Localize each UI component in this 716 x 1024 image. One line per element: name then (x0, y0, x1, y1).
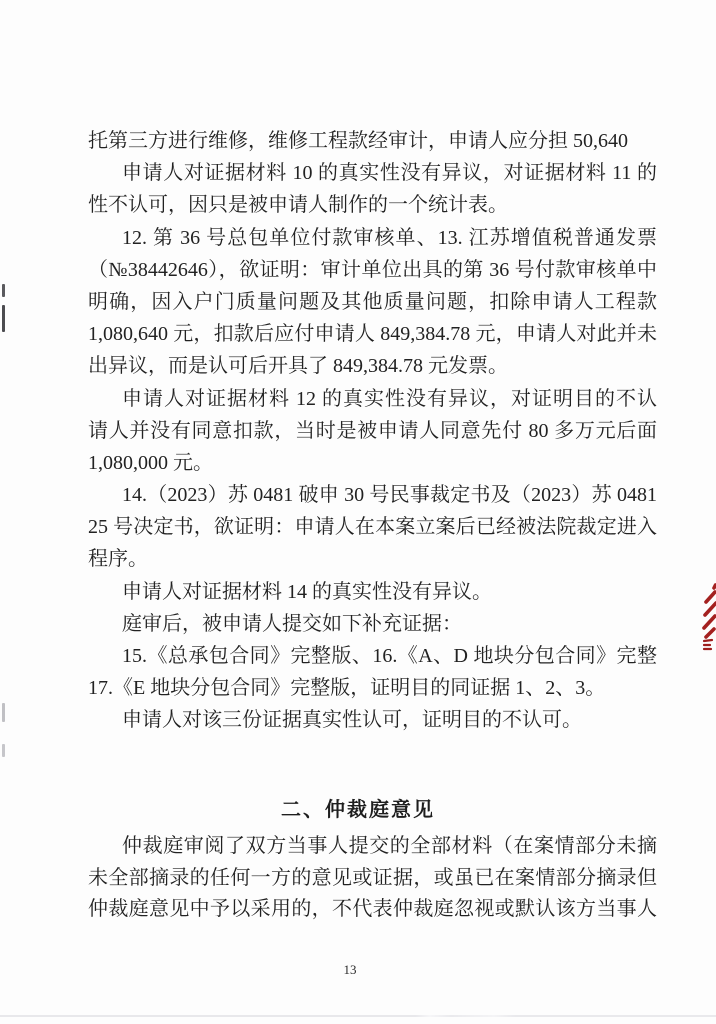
text-line: 申请人对证据材料 12 的真实性没有异议，对证明目的不认可。申 (88, 383, 657, 415)
text-line: （№38442646），欲证明：审计单位出具的第 36 号付款审核单中已经 (88, 254, 657, 286)
text-line: 仲裁庭审阅了双方当事人提交的全部材料（在案情部分未摘录或 (88, 831, 657, 863)
text-line: 托第三方进行维修，维修工程款经审计，申请人应分担 50,640 元。 (88, 125, 657, 157)
text-line: 请人并没有同意扣款，当时是被申请人同意先付 80 多万元后面再付 (88, 415, 657, 447)
page-number: 13 (0, 962, 700, 978)
scanned-document-page: 托第三方进行维修，维修工程款经审计，申请人应分担 50,640 元。申请人对证据… (0, 0, 716, 1024)
text-line: 明确，因入户门质量问题及其他质量问题，扣除申请人工程款 (88, 286, 657, 318)
text-line: 申请人对该三份证据真实性认可，证明目的不认可。 (88, 704, 657, 736)
text-line: 庭审后，被申请人提交如下补充证据： (88, 608, 657, 640)
left-edge-binder-mark (2, 744, 5, 757)
text-line: 申请人对证据材料 14 的真实性没有异议。 (88, 576, 657, 608)
text-line: 15.《总承包合同》完整版、16.《A、D 地块分包合同》完整版、 (88, 640, 657, 672)
document-body-text: 托第三方进行维修，维修工程款经审计，申请人应分担 50,640 元。申请人对证据… (88, 125, 657, 737)
text-line: 25 号决定书，欲证明：申请人在本案立案后已经被法院裁定进入破产 (88, 511, 657, 543)
text-line: 申请人对证据材料 10 的真实性没有异议，对证据材料 11 的真实 (88, 157, 657, 189)
scan-edge-line (0, 1015, 716, 1017)
text-line: 1,080,640 元，扣款后应付申请人 849,384.78 元，申请人对此并… (88, 318, 657, 350)
left-edge-binder-mark (2, 284, 5, 297)
text-line: 14.（2023）苏 0481 破申 30 号民事裁定书及（2023）苏 048… (88, 479, 657, 511)
text-line: 出异议，而是认可后开具了 849,384.78 元发票。 (88, 350, 657, 382)
text-line: 17.《E 地块分包合同》完整版，证明目的同证据 1、2、3。 (88, 672, 657, 704)
left-edge-binder-mark (2, 703, 5, 722)
red-ink-edge-mark (700, 583, 716, 653)
left-edge-binder-mark (2, 305, 5, 332)
text-line: 性不认可，因只是被申请人制作的一个统计表。 (88, 189, 657, 221)
text-line: 仲裁庭意见中予以采用的，不代表仲裁庭忽视或默认该方当事人的意 (88, 894, 657, 926)
section-heading: 二、仲裁庭意见 (0, 793, 716, 822)
text-line: 12. 第 36 号总包单位付款审核单、13. 江苏增值税普通发票 (88, 222, 657, 254)
text-line: 程序。 (88, 543, 657, 575)
text-line: 1,080,000 元。 (88, 447, 657, 479)
tribunal-opinion-paragraph: 仲裁庭审阅了双方当事人提交的全部材料（在案情部分未摘录或未全部摘录的任何一方的意… (88, 831, 657, 926)
text-line: 未全部摘录的任何一方的意见或证据，或虽已在案情部分摘录但未在 (88, 863, 657, 895)
